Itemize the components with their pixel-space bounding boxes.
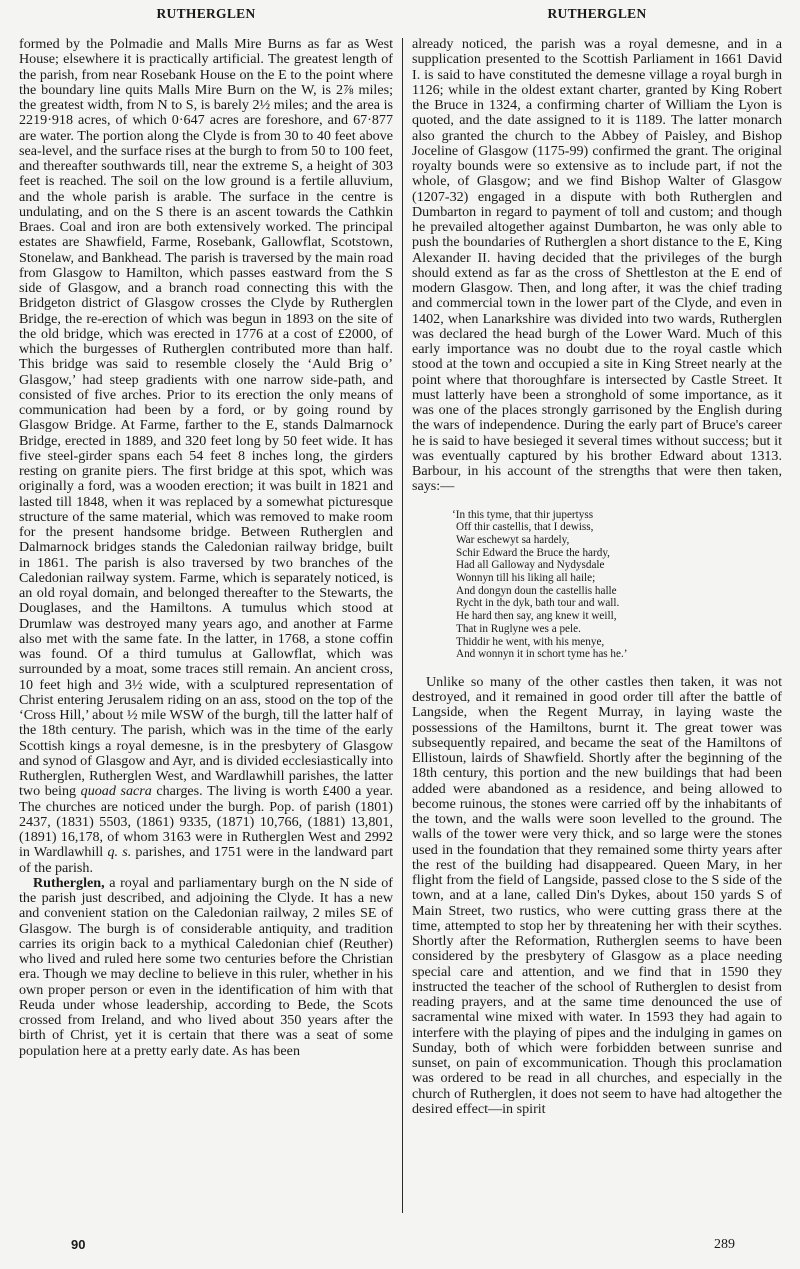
history-paragraph: already noticed, the parish was a royal …: [412, 37, 782, 495]
verse-line: ‘In this tyme, that thir jupertyss: [456, 509, 782, 522]
left-running-head: RUTHERGLEN: [19, 6, 393, 22]
burgh-text: a royal and parliamentary burgh on the N…: [19, 875, 393, 1059]
parish-text-1: formed by the Polmadie and Malls Mire Bu…: [19, 36, 393, 799]
verse-line: Thiddir he went, with his menye,: [456, 636, 782, 649]
verse-line: Off thir castellis, that I dewiss,: [456, 521, 782, 534]
verse-line: And dongyn doun the castellis halle: [456, 585, 782, 598]
burgh-entry-headword: Rutherglen,: [33, 875, 105, 891]
right-page-body: already noticed, the parish was a royal …: [412, 37, 782, 1117]
verse-line: Rycht in the dyk, bath tour and wall.: [456, 597, 782, 610]
verse-line: Wonnyn till his liking all haile;: [456, 572, 782, 585]
verse-line: That in Ruglyne wes a pele.: [456, 623, 782, 636]
parish-paragraph: formed by the Polmadie and Malls Mire Bu…: [19, 37, 393, 876]
book-spread: RUTHERGLEN formed by the Polmadie and Ma…: [0, 0, 800, 1269]
burgh-paragraph: Rutherglen, a royal and parliamentary bu…: [19, 876, 393, 1059]
left-page-body: formed by the Polmadie and Malls Mire Bu…: [19, 37, 393, 1059]
italic-qs: q. s.: [107, 844, 131, 860]
verse-line: And wonnyn it in schort tyme has he.’: [456, 648, 782, 661]
verse-line: Schir Edward the Bruce the hardy,: [456, 547, 782, 560]
column-divider: [402, 38, 403, 1213]
italic-quoad-sacra: quoad sacra: [81, 783, 152, 799]
verse-line: War eschewyt sa hardely,: [456, 534, 782, 547]
left-page-number: 90: [71, 1237, 85, 1252]
verse-line: Had all Galloway and Nydysdale: [456, 559, 782, 572]
castle-paragraph: Unlike so many of the other castles then…: [412, 675, 782, 1117]
right-page-number: 289: [714, 1237, 735, 1253]
verse-line: He hard then say, ang knew it weill,: [456, 610, 782, 623]
barbour-verse-quote: ‘In this tyme, that thir jupertyss Off t…: [456, 509, 782, 661]
right-running-head: RUTHERGLEN: [412, 6, 782, 22]
